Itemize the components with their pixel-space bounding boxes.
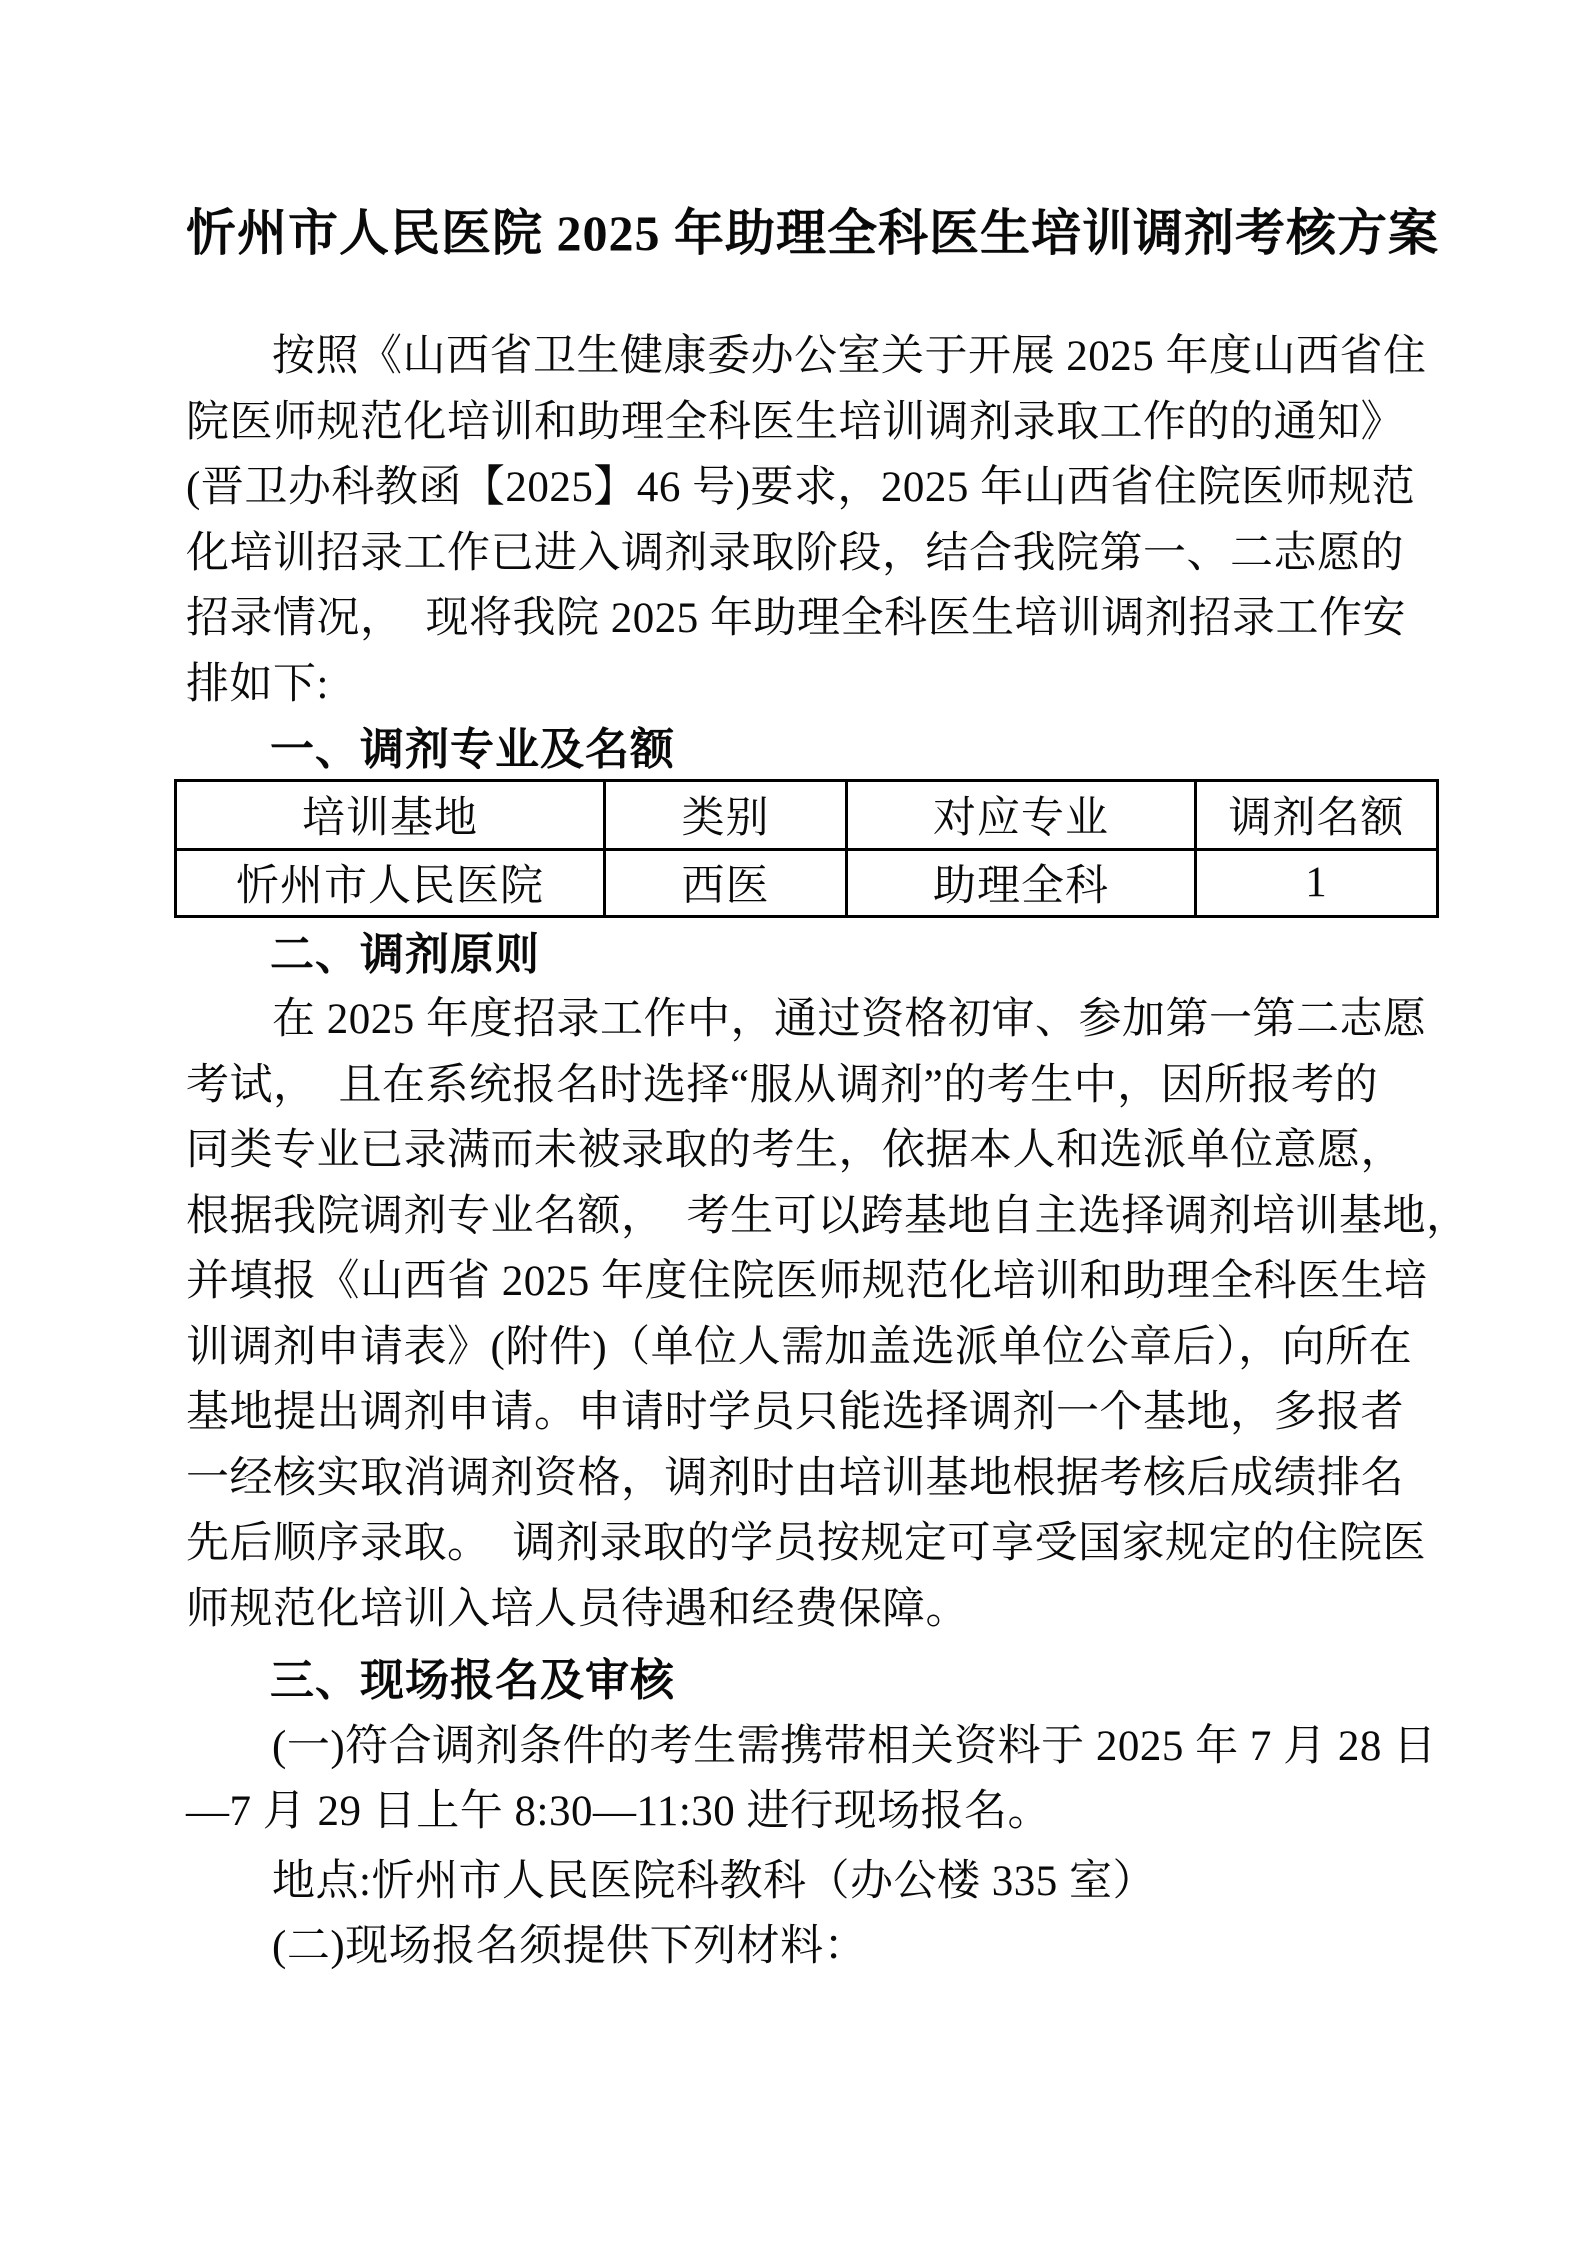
table-header-cell: 对应专业 <box>847 780 1196 849</box>
registration-item2-line: (二)现场报名须提供下列材料： <box>186 1914 1401 1980</box>
principles-line: 师规范化培训入培人员待遇和经费保障。 <box>186 1577 1401 1643</box>
registration-item1-paragraph: (一)符合调剂条件的考生需携带相关资料于 2025 年 7 月 28 日 —7 … <box>186 1714 1401 1845</box>
document-page: 忻州市人民医院 2025 年助理全科医生培训调剂考核方案 按照《山西省卫生健康委… <box>0 0 1587 2245</box>
registration-line: —7 月 29 日上午 8:30—11:30 进行现场报名。 <box>186 1779 1401 1845</box>
table-cell-category: 西医 <box>605 849 847 916</box>
principles-line: 在 2025 年度招录工作中，通过资格初审、参加第一第二志愿 <box>186 987 1401 1053</box>
quota-table: 培训基地 类别 对应专业 调剂名额 忻州市人民医院 西医 助理全科 1 <box>174 779 1439 918</box>
principles-line: 一经核实取消调剂资格，调剂时由培训基地根据考核后成绩排名 <box>186 1446 1401 1512</box>
intro-line: 按照《山西省卫生健康委办公室关于开展 2025 年度山西省住 <box>186 324 1401 390</box>
intro-paragraph: 按照《山西省卫生健康委办公室关于开展 2025 年度山西省住 院医师规范化培训和… <box>186 324 1401 717</box>
intro-line: 院医师规范化培训和助理全科医生培训调剂录取工作的的通知》 <box>186 390 1401 456</box>
table-cell-base: 忻州市人民医院 <box>176 849 605 916</box>
principles-line: 先后顺序录取。 调剂录取的学员按规定可享受国家规定的住院医 <box>186 1511 1401 1577</box>
principles-line: 并填报《山西省 2025 年度住院医师规范化培训和助理全科医生培 <box>186 1249 1401 1315</box>
registration-location-line: 地点:忻州市人民医院科教科（办公楼 335 室） <box>186 1849 1401 1915</box>
intro-line: 排如下: <box>186 652 1401 718</box>
registration-line: (一)符合调剂条件的考生需携带相关资料于 2025 年 7 月 28 日 <box>186 1714 1401 1780</box>
intro-line: 招录情况， 现将我院 2025 年助理全科医生培训调剂招录工作安 <box>186 586 1401 652</box>
section-heading-quota: 一、调剂专业及名额 <box>186 717 1401 783</box>
table-header-cell: 调剂名额 <box>1196 780 1438 849</box>
principles-line: 根据我院调剂专业名额， 考生可以跨基地自主选择调剂培训基地， <box>186 1184 1401 1250</box>
intro-line: 化培训招录工作已进入调剂录取阶段，结合我院第一、二志愿的 <box>186 521 1401 587</box>
table-row: 忻州市人民医院 西医 助理全科 1 <box>176 849 1438 916</box>
intro-line: (晋卫办科教函【2025】46 号)要求，2025 年山西省住院医师规范 <box>186 455 1401 521</box>
table-header-cell: 培训基地 <box>176 780 605 849</box>
table-cell-quota: 1 <box>1196 849 1438 916</box>
section-heading-registration: 三、现场报名及审核 <box>186 1648 1401 1714</box>
principles-line: 考试， 且在系统报名时选择“服从调剂”的考生中，因所报考的 <box>186 1053 1401 1119</box>
principles-line: 训调剂申请表》(附件)（单位人需加盖选派单位公章后），向所在 <box>186 1315 1401 1381</box>
principles-line: 同类专业已录满而未被录取的考生，依据本人和选派单位意愿， <box>186 1118 1401 1184</box>
table-cell-specialty: 助理全科 <box>847 849 1196 916</box>
principles-paragraph: 在 2025 年度招录工作中，通过资格初审、参加第一第二志愿 考试， 且在系统报… <box>186 987 1401 1642</box>
page-title: 忻州市人民医院 2025 年助理全科医生培训调剂考核方案 <box>186 198 1401 268</box>
table-header-row: 培训基地 类别 对应专业 调剂名额 <box>176 780 1438 849</box>
principles-line: 基地提出调剂申请。申请时学员只能选择调剂一个基地，多报者 <box>186 1380 1401 1446</box>
section-heading-principles: 二、调剂原则 <box>186 922 1401 988</box>
table-header-cell: 类别 <box>605 780 847 849</box>
